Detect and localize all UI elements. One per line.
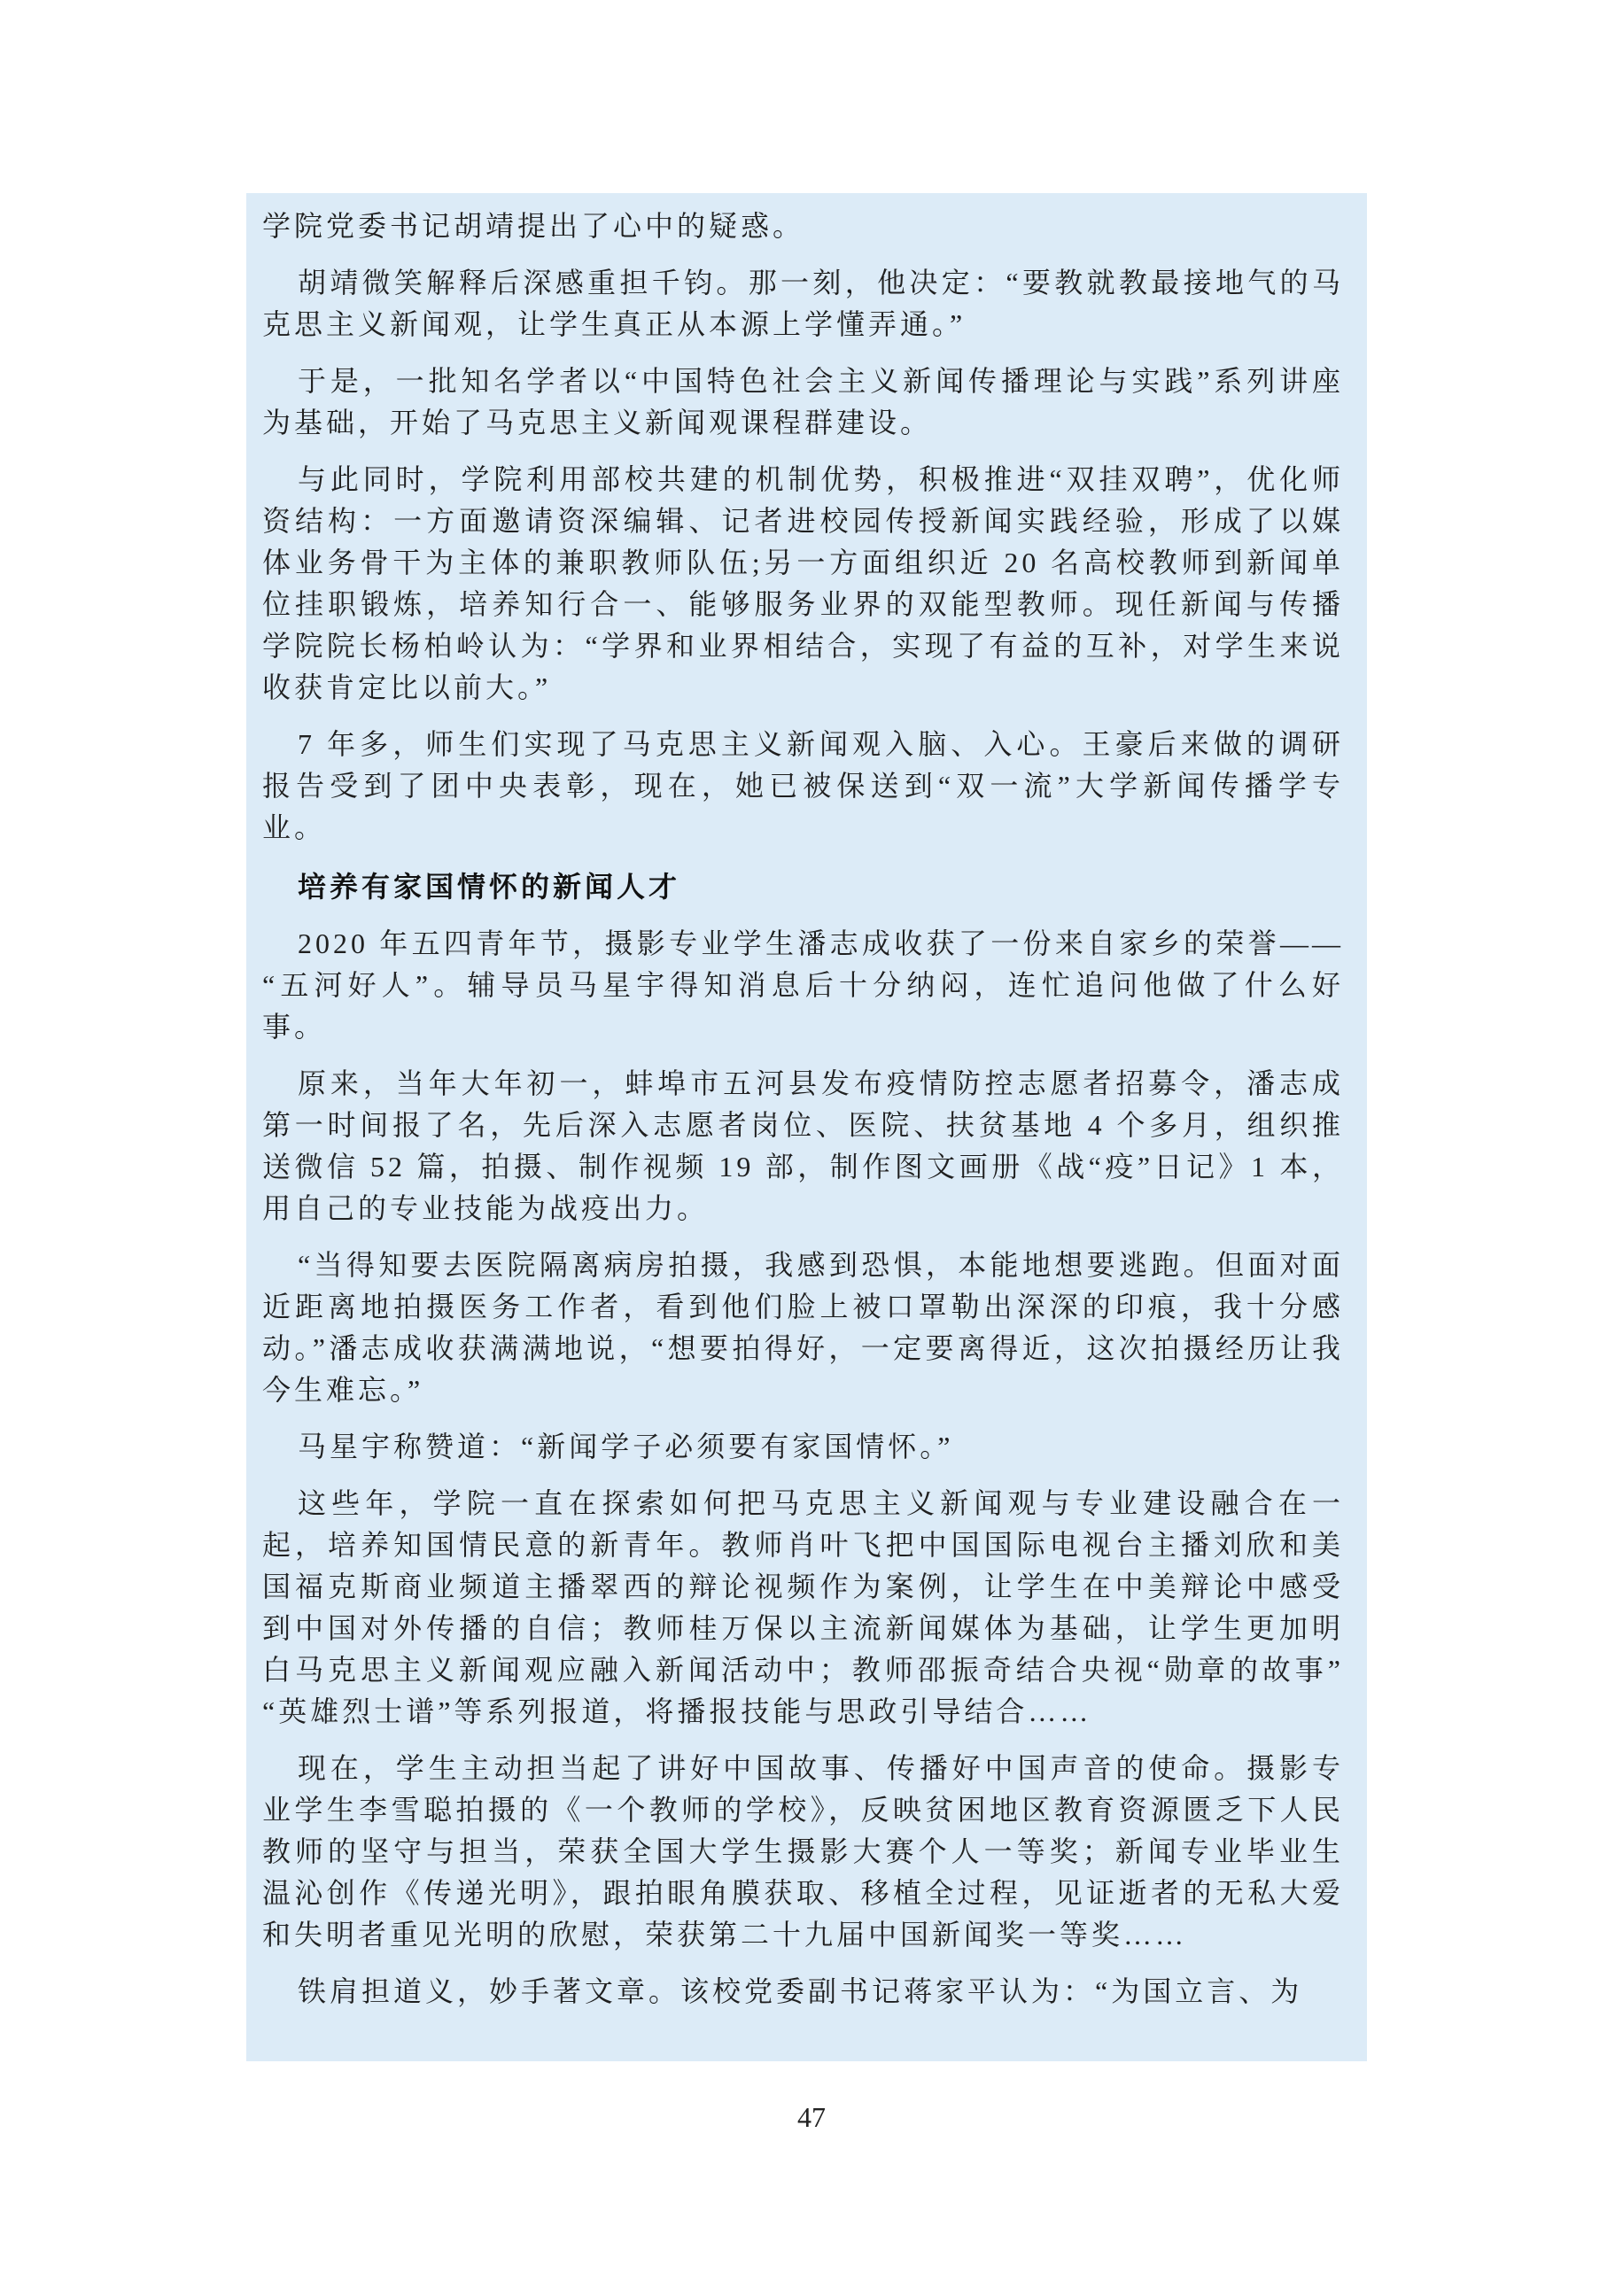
paragraph: 于是，一批知名学者以“中国特色社会主义新闻传播理论与实践”系列讲座为基础，开始了…: [262, 361, 1344, 444]
paragraph: 与此同时，学院利用部校共建的机制优势，积极推进“双挂双聘”，优化师资结构：一方面…: [262, 459, 1344, 709]
content-panel: 学院党委书记胡靖提出了心中的疑惑。 胡靖微笑解释后深感重担千钧。那一刻，他决定：…: [246, 193, 1367, 2061]
paragraph: 马星宇称赞道：“新闻学子必须要有家国情怀。”: [262, 1426, 1344, 1468]
paragraph: “当得知要去医院隔离病房拍摄，我感到恐惧，本能地想要逃跑。但面对面近距离地拍摄医…: [262, 1245, 1344, 1411]
paragraph: 铁肩担道义，妙手著文章。该校党委副书记蒋家平认为：“为国立言、为: [262, 1971, 1344, 2013]
paragraph: 7 年多，师生们实现了马克思主义新闻观入脑、入心。王豪后来做的调研报告受到了团中…: [262, 724, 1344, 849]
paragraph: 现在，学生主动担当起了讲好中国故事、传播好中国声音的使命。摄影专业学生李雪聪拍摄…: [262, 1748, 1344, 1956]
paragraph: 这些年，学院一直在探索如何把马克思主义新闻观与专业建设融合在一起，培养知国情民意…: [262, 1483, 1344, 1733]
document-page: 学院党委书记胡靖提出了心中的疑惑。 胡靖微笑解释后深感重担千钧。那一刻，他决定：…: [0, 0, 1623, 2296]
paragraph: 胡靖微笑解释后深感重担千钧。那一刻，他决定：“要教就教最接地气的马克思主义新闻观…: [262, 262, 1344, 345]
page-number: 47: [0, 2101, 1623, 2134]
section-heading: 培养有家国情怀的新闻人才: [262, 866, 1344, 908]
paragraph: 原来，当年大年初一，蚌埠市五河县发布疫情防控志愿者招募令，潘志成第一时间报了名，…: [262, 1063, 1344, 1229]
paragraph: 学院党委书记胡靖提出了心中的疑惑。: [262, 206, 1344, 247]
paragraph: 2020 年五四青年节，摄影专业学生潘志成收获了一份来自家乡的荣誉——“五河好人…: [262, 923, 1344, 1048]
